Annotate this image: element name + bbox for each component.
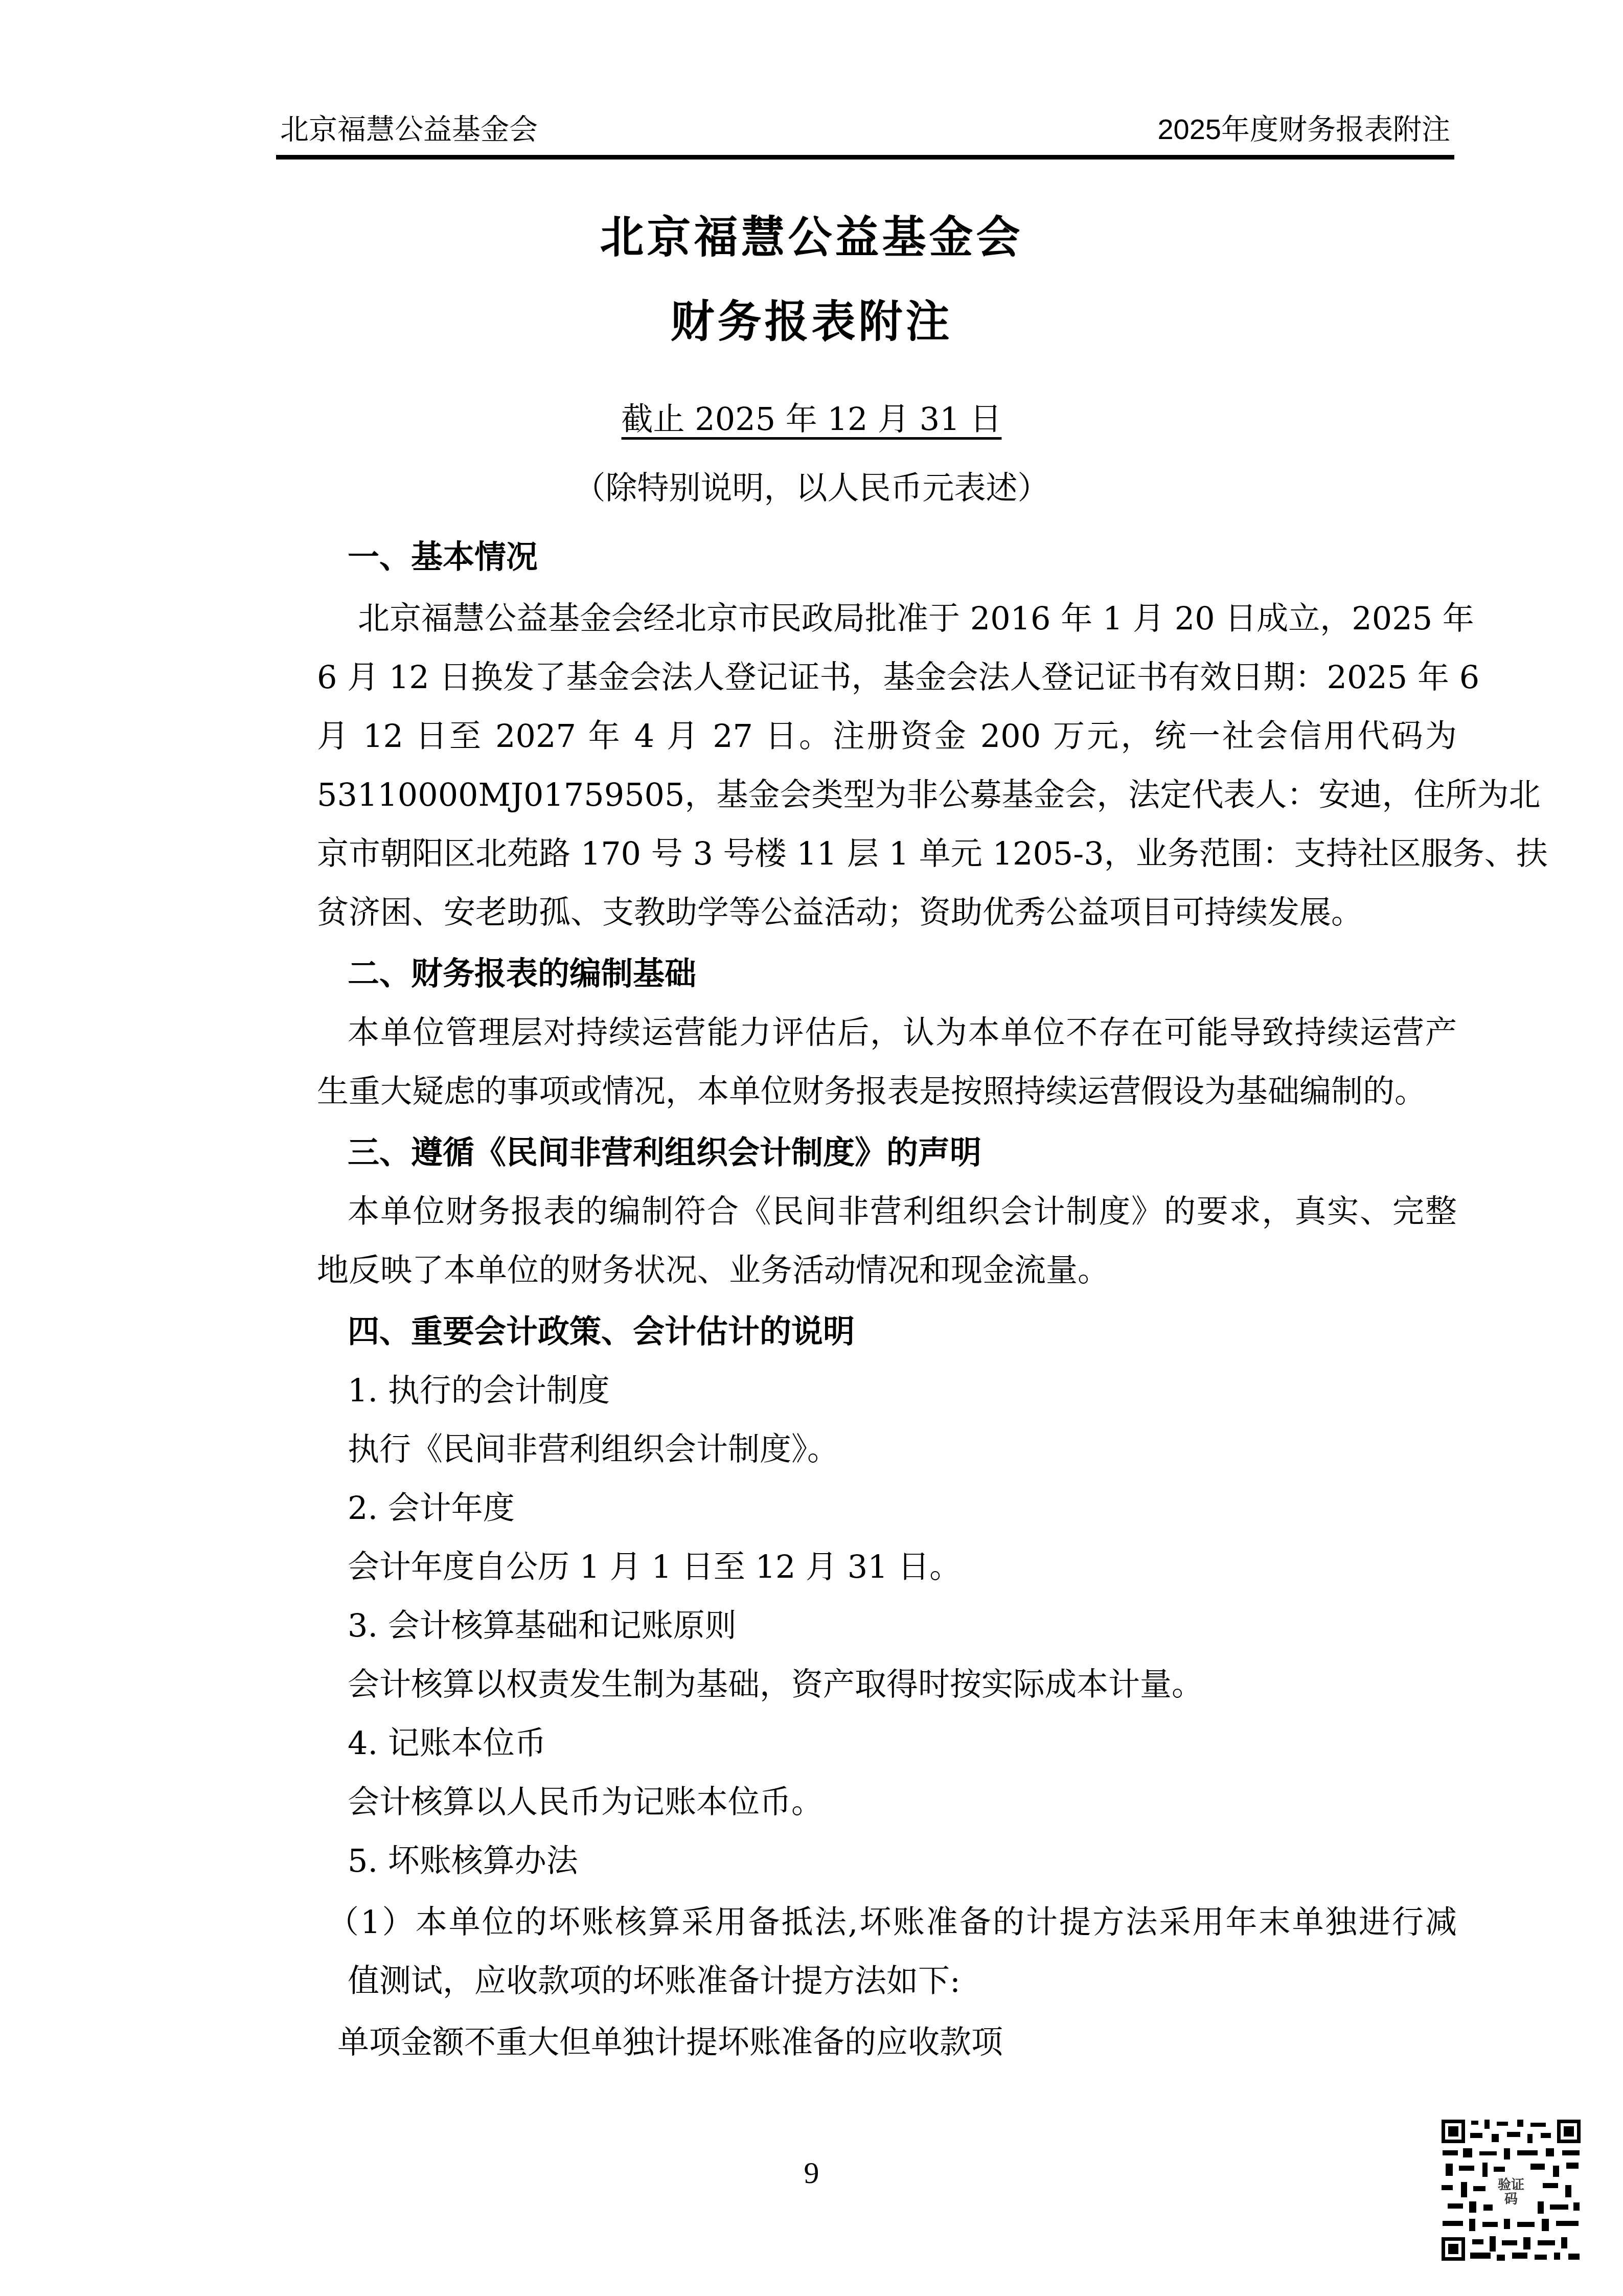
- s1-line: 53110000MJ01759505，基金会类型为非公募基金会，法定代表人：安迪…: [317, 769, 1457, 815]
- s1-line: 月 12 日至 2027 年 4 月 27 日。注册资金 200 万元，统一社会…: [317, 711, 1457, 756]
- s4-item-title: 3. 会计核算基础和记账原则: [348, 1600, 1488, 1646]
- s1-line: 贫济困、安老助孤、支教助学等公益活动；资助优秀公益项目可持续发展。: [317, 887, 1457, 933]
- s3-line: 地反映了本单位的财务状况、业务活动情况和现金流量。: [317, 1245, 1457, 1290]
- currency-note: （除特别说明，以人民币元表述）: [0, 463, 1623, 508]
- section-4-heading: 四、重要会计政策、会计估计的说明: [348, 1306, 1488, 1352]
- svg-text:码: 码: [1504, 2192, 1518, 2207]
- s1-line: 京市朝阳区北苑路 170 号 3 号楼 11 层 1 单元 1205-3，业务范…: [317, 828, 1457, 874]
- section-2-heading: 二、财务报表的编制基础: [348, 948, 1488, 994]
- header-doc-title: 2025年度财务报表附注: [1157, 107, 1450, 148]
- qr-code-icon: 验证 码: [1441, 2119, 1582, 2262]
- page-number: 9: [0, 2155, 1623, 2191]
- s1-line: 6 月 12 日换发了基金会法人登记证书，基金会法人登记证书有效日期：2025 …: [317, 652, 1457, 697]
- s4-5-para: 值测试，应收款项的坏账准备计提方法如下:: [348, 1956, 1488, 2001]
- s1-line: 北京福慧公益基金会经北京市民政局批准于 2016 年 1 月 20 日成立，20…: [358, 593, 1457, 639]
- section-3-heading: 三、遵循《民间非营利组织会计制度》的声明: [348, 1127, 1488, 1173]
- date-line: 截止 2025 年 12 月 31 日: [0, 394, 1623, 439]
- doc-title-org: 北京福慧公益基金会: [0, 202, 1623, 265]
- s2-line: 本单位管理层对持续运营能力评估后，认为本单位不存在可能导致持续运营产: [348, 1007, 1457, 1053]
- s4-item-body: 执行《民间非营利组织会计制度》。: [348, 1424, 1488, 1469]
- doc-title: 财务报表附注: [0, 286, 1623, 350]
- date-text: 截止 2025 年 12 月 31 日: [622, 400, 1002, 438]
- s4-item-body: 会计核算以权责发生制为基础，资产取得时按实际成本计量。: [348, 1659, 1488, 1704]
- s4-5-subheading: 单项金额不重大但单独计提坏账准备的应收款项: [337, 2017, 1477, 2062]
- s4-item-title: 4. 记账本位币: [348, 1718, 1488, 1763]
- s4-item-body: 会计核算以人民币为记账本位币。: [348, 1777, 1488, 1822]
- s4-5-para: （1）本单位的坏账核算采用备抵法,坏账准备的计提方法采用年末单独进行减: [327, 1897, 1457, 1942]
- page-header: 北京福慧公益基金会 2025年度财务报表附注: [276, 115, 1454, 160]
- section-1-heading: 一、基本情况: [348, 532, 1488, 577]
- s4-item-title: 2. 会计年度: [348, 1483, 1488, 1528]
- s4-item-body: 会计年度自公历 1 月 1 日至 12 月 31 日。: [348, 1541, 1488, 1587]
- verification-qr-code[interactable]: 验证 码: [1441, 2119, 1582, 2262]
- svg-text:验证: 验证: [1498, 2177, 1524, 2193]
- s2-line: 生重大疑虑的事项或情况，本单位财务报表是按照持续运营假设为基础编制的。: [317, 1066, 1457, 1111]
- s4-item-title: 1. 执行的会计制度: [348, 1365, 1488, 1411]
- s4-item-title: 5. 坏账核算办法: [348, 1835, 1488, 1881]
- header-org-name: 北京福慧公益基金会: [280, 107, 538, 148]
- s3-line: 本单位财务报表的编制符合《民间非营利组织会计制度》的要求，真实、完整: [348, 1186, 1457, 1232]
